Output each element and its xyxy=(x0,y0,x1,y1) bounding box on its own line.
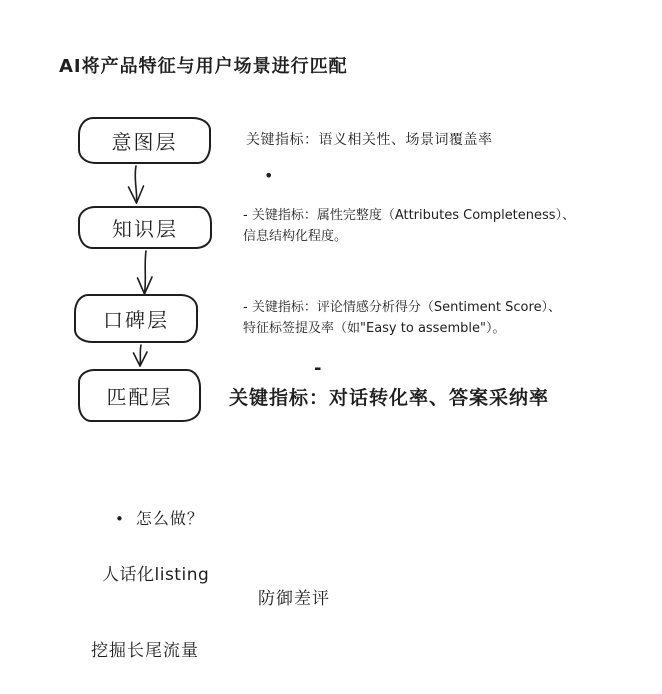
annotation-match-metrics: 关键指标：对话转化率、答案采纳率 xyxy=(229,383,549,410)
annotation-knowledge-metrics: - 关键指标：属性完整度（Attributes Completeness）、 信… xyxy=(243,205,575,247)
arrow-down-icon-intent-knowledge xyxy=(129,166,144,203)
whiteboard-canvas: AI将产品特征与用户场景进行匹配 意图层 知识层 口碑层 匹配层 关键指标：语义… xyxy=(0,0,662,694)
annotation-knowledge-line1: - 关键指标：属性完整度（Attributes Completeness）、 xyxy=(243,205,575,226)
note-defend-bad-reviews: 防御差评 xyxy=(258,584,330,609)
flow-node-match-label: 匹配层 xyxy=(107,381,173,410)
stray-bullet-point: • xyxy=(264,166,273,185)
flow-node-match: 匹配层 xyxy=(78,369,201,422)
bullet-icon: • xyxy=(115,510,125,528)
flow-node-reputation-label: 口碑层 xyxy=(103,304,169,333)
note-how-to: •怎么做？ xyxy=(115,506,204,529)
flow-arrows xyxy=(0,0,662,694)
flow-node-knowledge: 知识层 xyxy=(78,206,212,249)
stray-dash-mark: - xyxy=(314,358,321,379)
annotation-reputation-metrics: - 关键指标：评论情感分析得分（Sentiment Score）、 特征标签提及… xyxy=(243,297,561,339)
flow-node-intent: 意图层 xyxy=(78,117,211,164)
arrow-down-icon-reputation-match xyxy=(134,345,148,366)
note-how-to-text: 怎么做？ xyxy=(136,509,204,528)
annotation-reputation-line2: 特征标签提及率（如"Easy to assemble"）。 xyxy=(243,318,561,339)
arrow-down-icon-knowledge-reputation xyxy=(138,251,153,294)
annotation-reputation-line1: - 关键指标：评论情感分析得分（Sentiment Score）、 xyxy=(243,297,561,318)
note-longtail-traffic: 挖掘长尾流量 xyxy=(91,636,199,661)
annotation-knowledge-line2: 信息结构化程度。 xyxy=(243,226,575,247)
diagram-title: AI将产品特征与用户场景进行匹配 xyxy=(59,52,348,78)
flow-node-knowledge-label: 知识层 xyxy=(112,213,178,242)
note-humanized-listing: 人话化listing xyxy=(102,560,209,585)
annotation-intent-metrics: 关键指标：语义相关性、场景词覆盖率 xyxy=(246,129,493,149)
flow-node-reputation: 口碑层 xyxy=(74,294,198,343)
flow-node-intent-label: 意图层 xyxy=(112,126,178,155)
